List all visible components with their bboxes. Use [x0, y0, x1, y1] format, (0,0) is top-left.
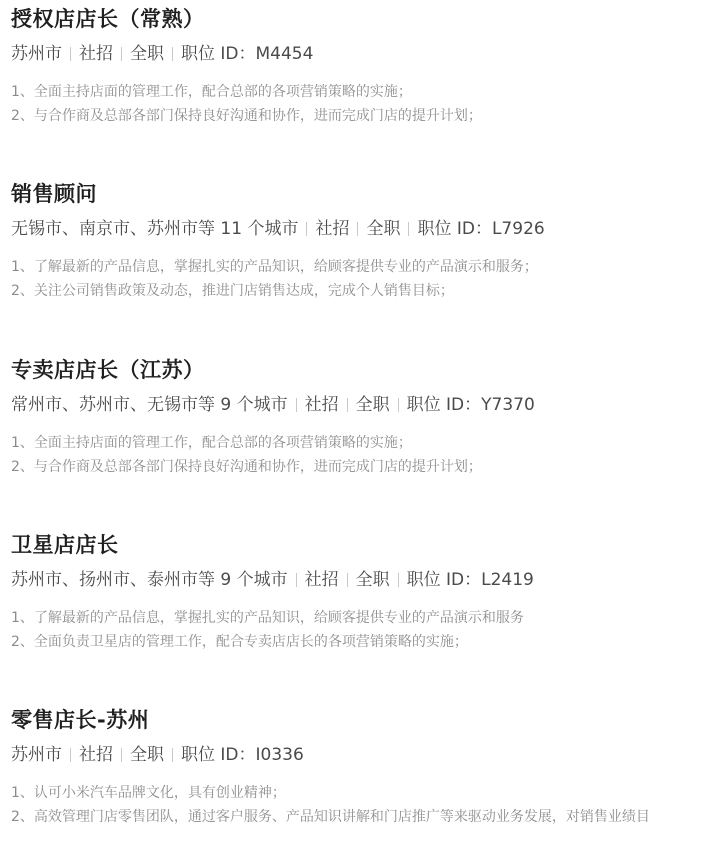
description-line: 2、全面负责卫星店的管理工作，配合专卖店店长的各项营销策略的实施； — [11, 630, 728, 654]
job-description: 1、全面主持店面的管理工作，配合总部的各项营销策略的实施； 2、与合作商及总部各… — [11, 431, 728, 479]
job-title[interactable]: 授权店店长（常熟） — [11, 5, 728, 33]
description-line: 1、全面主持店面的管理工作，配合总部的各项营销策略的实施； — [11, 80, 728, 104]
job-type: 社招 — [315, 217, 349, 241]
separator — [121, 748, 122, 762]
description-line: 1、全面主持店面的管理工作，配合总部的各项营销策略的实施； — [11, 431, 728, 455]
separator — [398, 573, 399, 587]
job-listing[interactable]: 零售店长-苏州 苏州市 社招 全职 职位 ID：I0336 1、认可小米汽车品牌… — [11, 706, 728, 829]
job-description: 1、了解最新的产品信息，掌握扎实的产品知识，给顾客提供专业的产品演示和服务； 2… — [11, 255, 728, 303]
description-line: 2、高效管理门店零售团队，通过客户服务、产品知识讲解和门店推广等来驱动业务发展，… — [11, 805, 728, 829]
description-line: 2、与合作商及总部各部门保持良好沟通和协作，进而完成门店的提升计划； — [11, 455, 728, 479]
job-title[interactable]: 卫星店店长 — [11, 531, 728, 559]
description-line: 1、了解最新的产品信息，掌握扎实的产品知识，给顾客提供专业的产品演示和服务； — [11, 255, 728, 279]
job-schedule: 全职 — [130, 42, 164, 66]
separator — [70, 748, 71, 762]
job-meta: 苏州市 社招 全职 职位 ID：I0336 — [11, 743, 728, 767]
description-line: 1、了解最新的产品信息，掌握扎实的产品知识，给顾客提供专业的产品演示和服务 — [11, 606, 728, 630]
job-meta: 苏州市、扬州市、泰州市等 9 个城市 社招 全职 职位 ID：L2419 — [11, 568, 728, 592]
job-type: 社招 — [79, 743, 113, 767]
job-id: 职位 ID：M4454 — [181, 42, 313, 66]
job-type: 社招 — [79, 42, 113, 66]
job-listing[interactable]: 专卖店店长（江苏） 常州市、苏州市、无锡市等 9 个城市 社招 全职 职位 ID… — [11, 356, 728, 479]
separator — [121, 47, 122, 61]
separator — [172, 47, 173, 61]
job-title[interactable]: 销售顾问 — [11, 180, 728, 208]
separator — [408, 222, 409, 236]
job-type: 社招 — [305, 568, 339, 592]
separator — [347, 573, 348, 587]
separator — [70, 47, 71, 61]
job-id: 职位 ID：Y7370 — [407, 393, 535, 417]
job-location: 苏州市 — [11, 42, 62, 66]
separator — [296, 398, 297, 412]
job-listing[interactable]: 销售顾问 无锡市、南京市、苏州市等 11 个城市 社招 全职 职位 ID：L79… — [11, 180, 728, 303]
job-location: 无锡市、南京市、苏州市等 11 个城市 — [11, 217, 298, 241]
job-meta: 苏州市 社招 全职 职位 ID：M4454 — [11, 42, 728, 66]
job-schedule: 全职 — [356, 393, 390, 417]
separator — [398, 398, 399, 412]
description-line: 2、关注公司销售政策及动态，推进门店销售达成，完成个人销售目标； — [11, 279, 728, 303]
job-id: 职位 ID：L7926 — [417, 217, 544, 241]
job-description: 1、认可小米汽车品牌文化，具有创业精神； 2、高效管理门店零售团队，通过客户服务… — [11, 781, 728, 829]
description-line: 1、认可小米汽车品牌文化，具有创业精神； — [11, 781, 728, 805]
separator — [306, 222, 307, 236]
separator — [296, 573, 297, 587]
job-location: 苏州市 — [11, 743, 62, 767]
job-schedule: 全职 — [130, 743, 164, 767]
separator — [172, 748, 173, 762]
job-title[interactable]: 零售店长-苏州 — [11, 706, 728, 734]
job-meta: 常州市、苏州市、无锡市等 9 个城市 社招 全职 职位 ID：Y7370 — [11, 393, 728, 417]
job-listing[interactable]: 授权店店长（常熟） 苏州市 社招 全职 职位 ID：M4454 1、全面主持店面… — [11, 5, 728, 128]
job-id: 职位 ID：I0336 — [181, 743, 304, 767]
description-line: 2、与合作商及总部各部门保持良好沟通和协作，进而完成门店的提升计划； — [11, 104, 728, 128]
job-schedule: 全职 — [366, 217, 400, 241]
job-listing[interactable]: 卫星店店长 苏州市、扬州市、泰州市等 9 个城市 社招 全职 职位 ID：L24… — [11, 531, 728, 654]
job-type: 社招 — [305, 393, 339, 417]
job-location: 苏州市、扬州市、泰州市等 9 个城市 — [11, 568, 288, 592]
job-meta: 无锡市、南京市、苏州市等 11 个城市 社招 全职 职位 ID：L7926 — [11, 217, 728, 241]
job-description: 1、全面主持店面的管理工作，配合总部的各项营销策略的实施； 2、与合作商及总部各… — [11, 80, 728, 128]
separator — [347, 398, 348, 412]
job-schedule: 全职 — [356, 568, 390, 592]
job-location: 常州市、苏州市、无锡市等 9 个城市 — [11, 393, 288, 417]
separator — [357, 222, 358, 236]
job-id: 职位 ID：L2419 — [407, 568, 534, 592]
job-description: 1、了解最新的产品信息，掌握扎实的产品知识，给顾客提供专业的产品演示和服务 2、… — [11, 606, 728, 654]
job-title[interactable]: 专卖店店长（江苏） — [11, 356, 728, 384]
